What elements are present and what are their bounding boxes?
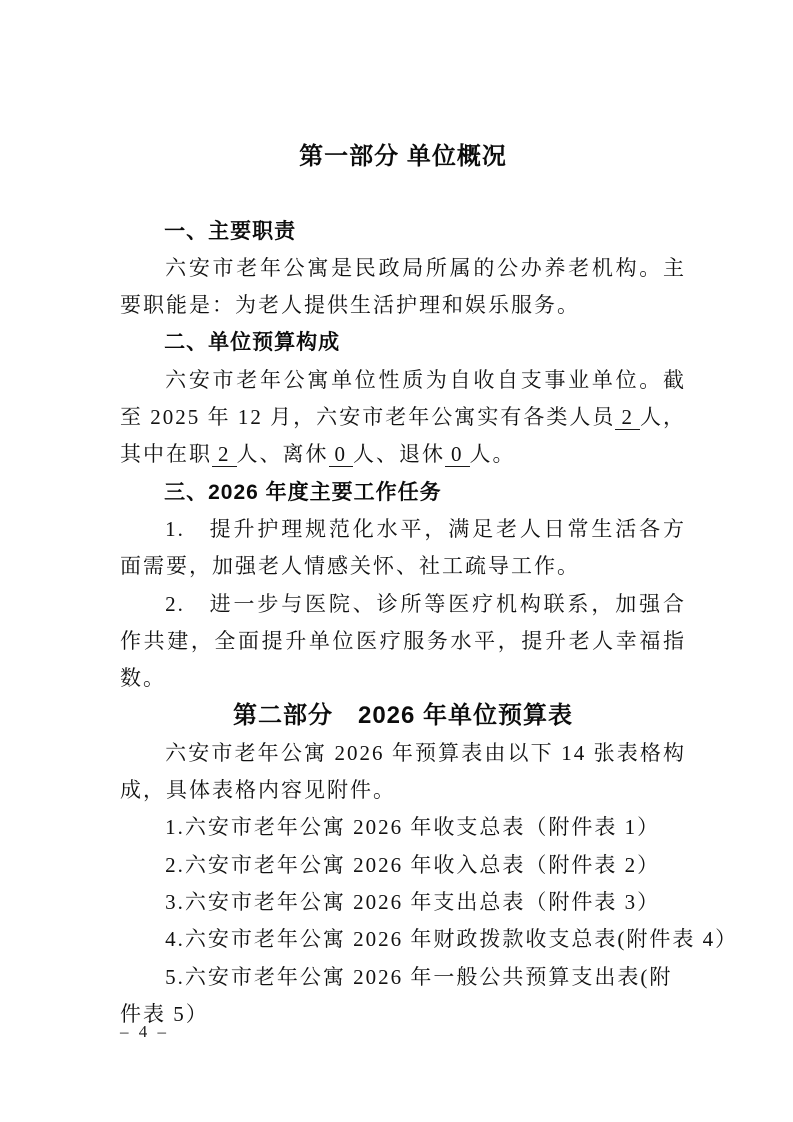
table-list-item: 1.六安市老年公寓 2026 年收支总表（附件表 1）: [120, 809, 686, 846]
table-list-item: 2.六安市老年公寓 2026 年收入总表（附件表 2）: [120, 847, 686, 884]
section1-paragraph: 六安市老年公寓是民政局所属的公办养老机构。主要职能是：为老人提供生活护理和娱乐服…: [120, 250, 686, 325]
retired-staff-count: 0: [445, 442, 470, 467]
active-staff-count: 2: [212, 442, 237, 467]
section3-heading: 三、2026 年度主要工作任务: [120, 474, 686, 511]
staff-text-3: 人、离休: [237, 442, 329, 466]
part2-title: 第二部分 2026 年单位预算表: [120, 697, 686, 734]
part1-title: 第一部分 单位概况: [120, 138, 686, 175]
section2-paragraph: 六安市老年公寓单位性质为自收自支事业单位。截至 2025 年 12 月，六安市老…: [120, 362, 686, 474]
total-staff-count: 2: [615, 405, 640, 430]
staff-text-1: 六安市老年公寓单位性质为自收自支事业单位。截至 2025 年 12 月，六安市老…: [120, 368, 686, 429]
staff-text-4: 人、退休: [353, 442, 445, 466]
staff-text-5: 人。: [470, 442, 516, 466]
part2-intro-paragraph: 六安市老年公寓 2026 年预算表由以下 14 张表格构成，具体表格内容见附件。: [120, 735, 686, 810]
table-list-item: 3.六安市老年公寓 2026 年支出总表（附件表 3）: [120, 884, 686, 921]
page-number: – 4 –: [120, 1020, 169, 1044]
section1-heading: 一、主要职责: [120, 213, 686, 250]
task-paragraph-1: 1. 提升护理规范化水平，满足老人日常生活各方面需要，加强老人情感关怀、社工疏导…: [120, 511, 686, 586]
section2-heading: 二、单位预算构成: [120, 324, 686, 361]
lixiu-staff-count: 0: [329, 442, 354, 467]
task-paragraph-2: 2. 进一步与医院、诊所等医疗机构联系，加强合作共建，全面提升单位医疗服务水平，…: [120, 586, 686, 698]
table-list-item: 5.六安市老年公寓 2026 年一般公共预算支出表(附件表 5）: [120, 959, 686, 1034]
document-body: 第一部分 单位概况 一、主要职责 六安市老年公寓是民政局所属的公办养老机构。主要…: [120, 138, 686, 1033]
blank-line: [120, 175, 686, 212]
document-page: 第一部分 单位概况 一、主要职责 六安市老年公寓是民政局所属的公办养老机构。主要…: [0, 0, 793, 1122]
table-list-item: 4.六安市老年公寓 2026 年财政拨款收支总表(附件表 4）: [120, 921, 686, 958]
